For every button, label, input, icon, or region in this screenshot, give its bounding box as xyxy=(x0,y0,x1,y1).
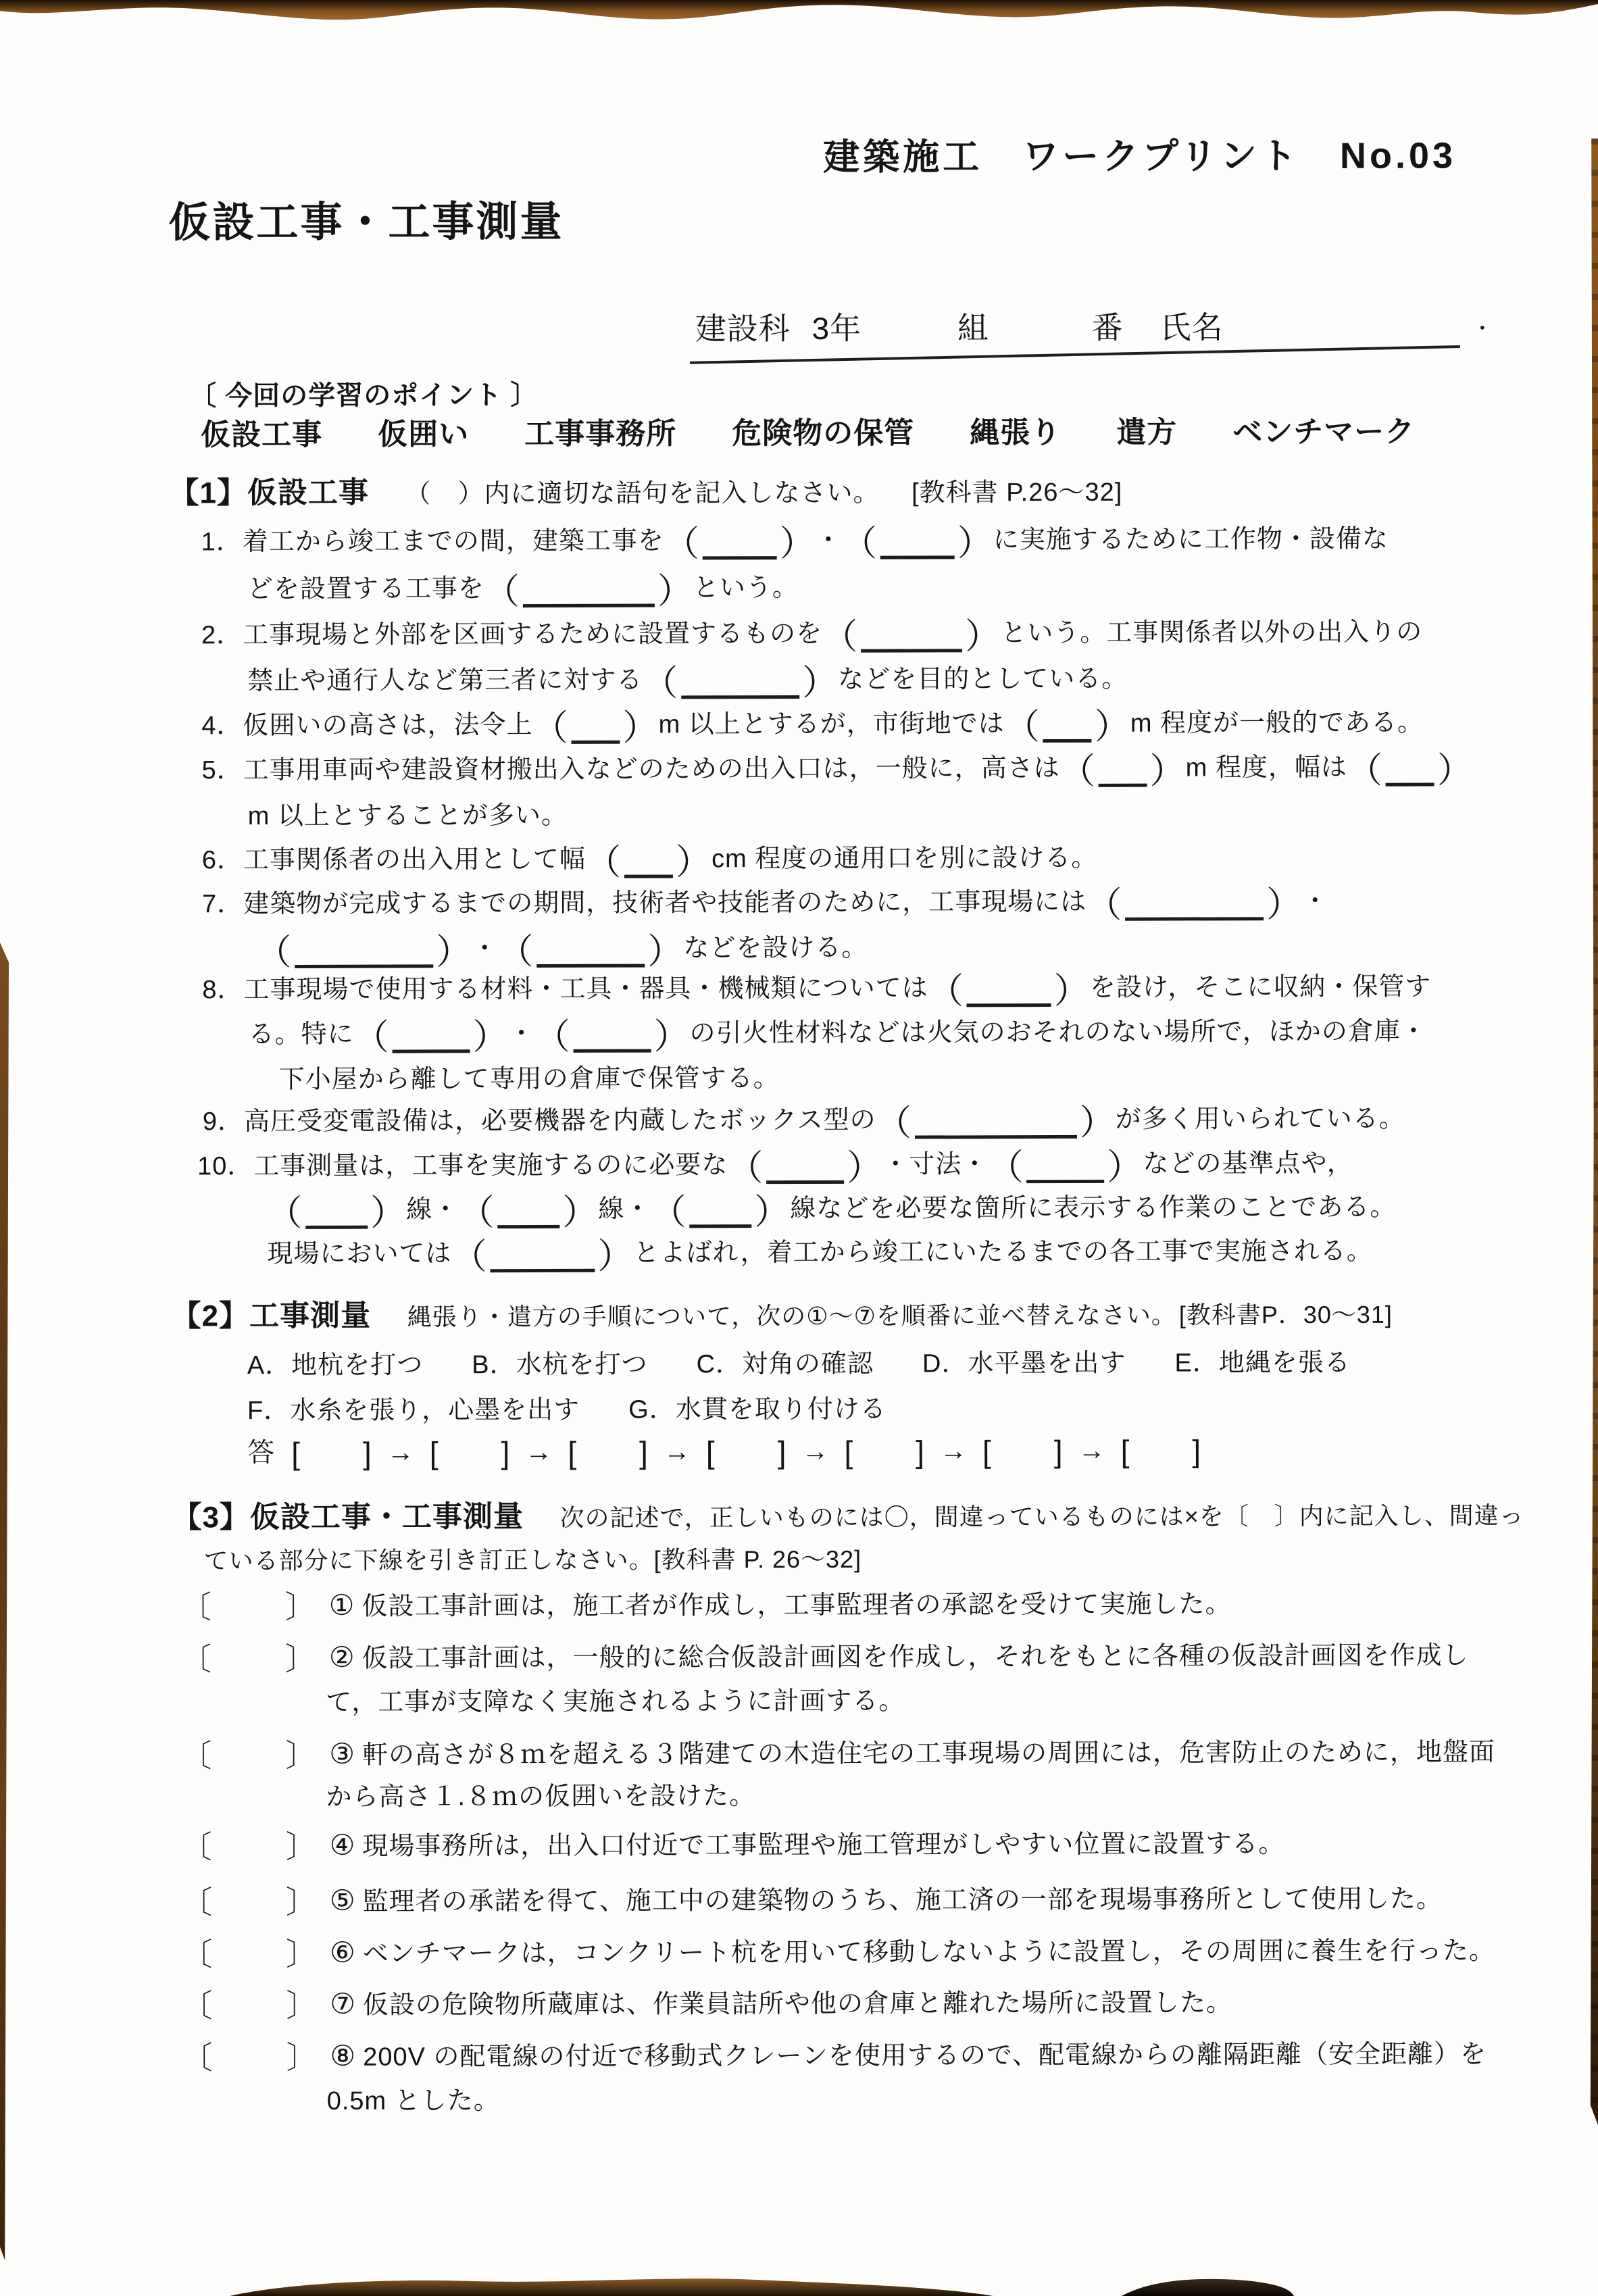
statement-number: ⑦ xyxy=(330,1988,356,2020)
paren-close: ） xyxy=(436,932,472,972)
statement-text: 監理者の承諾を得て、施工中の建築物のうち、施工済の一部を現場事務所として使用した… xyxy=(363,1885,1443,1916)
fill-blank: （） xyxy=(459,1191,598,1232)
answer-bracket-open: 〔 xyxy=(181,1885,213,1920)
option-item: E．地縄を張る xyxy=(1174,1344,1351,1382)
fill-blank: （） xyxy=(267,1191,406,1233)
arrow-icon: → xyxy=(940,1436,968,1466)
paren-close: ） xyxy=(562,1193,598,1232)
q-number: 7． xyxy=(202,890,243,918)
statement-5: 〔〕⑤監理者の承諾を得て、施工中の建築物のうち、施工済の一部を現場事務所として使… xyxy=(181,1879,1443,1922)
paren-close: ） xyxy=(1437,751,1473,790)
paren-open: （ xyxy=(532,709,568,748)
q7-line1: 7．建築物が完成するまでの期間，技術者や技能者のために，工事現場には（）・ xyxy=(202,882,1328,926)
section2-answer-row: 答[]→[]→[]→[]→[]→[]→[] xyxy=(247,1431,1201,1472)
section2-options-row2: F．水糸を張り，心墨を出す G．水貫を取り付ける xyxy=(247,1391,887,1430)
arrow-icon: → xyxy=(525,1437,553,1467)
arrow-icon: → xyxy=(387,1437,415,1467)
q-text: ・寸法・ xyxy=(882,1150,988,1178)
q-text: 仮囲いの高さは，法令上 xyxy=(243,711,532,740)
blank-line xyxy=(703,528,777,559)
q2-line1: 2．工事現場と外部を区画するために設置するものを（）という。工事関係者以外の出入… xyxy=(201,614,1422,658)
statement-8: 〔〕⑧200V の配電線の付近で移動式クレーンを使用するので、配電線からの離隔距… xyxy=(181,2034,1487,2076)
q-text: ・ xyxy=(472,934,498,963)
fill-blank: （） xyxy=(1347,748,1473,789)
q10-line2: （）線・（）線・（）線などを必要な箇所に表示する作業のことである。 xyxy=(267,1189,1396,1232)
q-text: 下小屋から離して専用の倉庫で保管する。 xyxy=(279,1064,780,1094)
blank-line xyxy=(305,1197,368,1229)
answer-bracket-open: [ xyxy=(706,1434,716,1470)
grade-label: 3年 xyxy=(812,311,862,346)
blank-line xyxy=(624,846,673,878)
answer-bracket-open: [ xyxy=(568,1435,577,1470)
section3-label: 【3】 xyxy=(172,1501,250,1534)
name-underline xyxy=(690,345,1460,364)
q-text: 工事現場で使用する材料・工具・器具・機械類については xyxy=(243,974,928,1004)
q-text: 工事測量は，工事を実施するのに必要な xyxy=(253,1151,728,1180)
q-text: に実施するために工作物・設備な xyxy=(993,525,1389,555)
paren-close: ） xyxy=(597,1237,633,1276)
q-text: m 程度が一般的である。 xyxy=(1130,709,1424,738)
class-label: 組 xyxy=(957,310,989,345)
q9-line1: 9．高圧受変電設備は，必要機器を内蔵したボックス型の（）が多く用いられている。 xyxy=(203,1100,1405,1145)
answer-bracket-open: [ xyxy=(291,1436,301,1471)
answer-bracket-close: ] xyxy=(1192,1433,1201,1468)
paren-close: ） xyxy=(802,664,838,703)
q-text: m 以上とすることが多い。 xyxy=(248,801,568,830)
answer-bracket-close: 〕 xyxy=(286,2040,318,2075)
paren-open: （ xyxy=(267,1194,303,1233)
answer-bracket-close: 〕 xyxy=(285,1738,317,1773)
blank-line xyxy=(689,1196,751,1228)
q-text: を設け，そこに収納・保管す xyxy=(1090,973,1432,1002)
statement-number: ⑤ xyxy=(330,1885,356,1916)
q-number: 6． xyxy=(202,846,243,874)
fill-blank: （） xyxy=(1060,749,1186,791)
answer-bracket-close: 〕 xyxy=(286,1829,318,1864)
q5-line1: 5．工事用車両や建設資材搬出入などのための出入口は，一般に，高さは（）m 程度，… xyxy=(201,748,1473,793)
fill-blank: （） xyxy=(1087,882,1302,924)
paren-close: ） xyxy=(965,617,1001,656)
points-keywords: 仮設工事 仮囲い 工事事務所 危険物の保管 縄張り 遣方 ベンチマーク xyxy=(201,414,1415,455)
paren-close: ） xyxy=(647,932,683,971)
q-text: などを設ける。 xyxy=(683,934,868,963)
statement-3-line2: から高さ１.８ｍの仮囲いを設けた。 xyxy=(326,1777,755,1816)
fill-blank: （） xyxy=(728,1146,882,1188)
fill-blank: （） xyxy=(643,661,838,703)
q2-line2: 禁止や通行人など第三者に対する（）などを目的としている。 xyxy=(247,660,1128,703)
section3-header: 【3】仮設工事・工事測量 次の記述で，正しいものには〇，間違っているものには×を… xyxy=(172,1495,1524,1538)
statement-number: ② xyxy=(329,1641,355,1673)
q-text: が多く用いられている。 xyxy=(1116,1105,1405,1134)
statement-2: 〔〕②仮設工事計画は，一般的に総合仮設計画図を作成し，それをもとに各種の仮設計画… xyxy=(180,1635,1469,1678)
blank-line xyxy=(766,1152,844,1184)
keyword: 遣方 xyxy=(1116,414,1177,452)
blank-line xyxy=(1099,755,1147,787)
answer-bracket-close: 〕 xyxy=(286,1885,318,1920)
answer-label: 答 xyxy=(247,1438,275,1468)
paren-open: （ xyxy=(1347,751,1383,791)
option-item: G．水貫を取り付ける xyxy=(628,1391,887,1429)
paren-open: （ xyxy=(1060,752,1096,791)
section1-reference: [教科書 P.26〜32] xyxy=(912,478,1122,507)
fill-blank: （） xyxy=(664,522,816,564)
blank-line xyxy=(967,975,1051,1007)
blank-line xyxy=(880,527,955,559)
statement-1: 〔〕①仮設工事計画は，施工者が作成し，工事監理者の承認を受けて実施した。 xyxy=(180,1584,1232,1626)
paren-open: （ xyxy=(498,932,534,972)
fill-blank: （） xyxy=(842,521,993,563)
fill-blank: （） xyxy=(586,840,711,881)
paren-close: ） xyxy=(1150,752,1186,791)
fill-blank: （） xyxy=(353,1015,508,1057)
section3-title: 仮設工事・工事測量 xyxy=(250,1500,524,1534)
section1-title: 仮設工事 xyxy=(247,476,369,509)
section2-header: 【2】工事測量 縄張り・遣方の手順について，次の①〜⑦を順番に並べ替えなさい。[… xyxy=(172,1295,1393,1337)
section2-label: 【2】 xyxy=(172,1299,250,1332)
statement-text: 軒の高さが８ｍを超える３階建ての木造住宅の工事現場の周囲には，危害防止のために，… xyxy=(362,1738,1495,1769)
worksheet-title: 仮設工事・工事測量 xyxy=(168,203,564,243)
section2-options-row1: A．地杭を打つ B．水杭を打つ C．対角の確認 D．水平墨を出す E．地縄を張る xyxy=(247,1344,1351,1384)
paren-open: （ xyxy=(256,933,292,972)
q-text: どを設置する工事を xyxy=(247,574,484,603)
answer-bracket-open: 〔 xyxy=(181,1829,213,1864)
blank-line xyxy=(295,936,433,968)
paren-close: ） xyxy=(654,1017,690,1056)
fill-blank: （） xyxy=(988,1145,1143,1187)
q-text: m 程度，幅は xyxy=(1186,753,1347,782)
paren-open: （ xyxy=(1087,886,1122,925)
answer-bracket-open: [ xyxy=(982,1434,992,1469)
paren-open: （ xyxy=(876,1104,912,1143)
paren-close: ） xyxy=(473,1018,509,1057)
paren-close: ） xyxy=(1054,972,1090,1011)
q1-line2: どを設置する工事を（）という。 xyxy=(247,569,799,612)
paren-open: （ xyxy=(451,1237,487,1276)
paren-close: ） xyxy=(657,572,693,611)
fill-blank: （） xyxy=(484,569,693,611)
section3-instruction-1: 次の記述で，正しいものには〇，間違っているものには×を〔 〕内に記入し、間違っ xyxy=(559,1501,1524,1532)
fill-blank: （） xyxy=(651,1190,790,1232)
q-text: の引火性材料などは火気のおそれのない場所で，ほかの倉庫・ xyxy=(690,1018,1427,1048)
q-text: 工事関係者の出入用として幅 xyxy=(243,845,586,874)
statement-number: ⑧ xyxy=(330,2040,356,2072)
points-heading: 〔 今回の学習のポイント 〕 xyxy=(189,376,538,415)
fill-blank: （） xyxy=(876,1101,1116,1143)
answer-bracket-open: 〔 xyxy=(181,1988,213,2023)
answer-bracket-close: ] xyxy=(916,1434,925,1470)
paren-close: ） xyxy=(1107,1148,1143,1187)
statement-4: 〔〕④現場事務所は，出入口付近で工事監理や施工管理がしやすい位置に設置する。 xyxy=(181,1824,1285,1866)
statement-number: ④ xyxy=(330,1829,356,1861)
q-text: という。 xyxy=(693,574,799,602)
paren-close: ） xyxy=(957,524,993,563)
q-text: ・ xyxy=(509,1020,535,1048)
statement-number: ① xyxy=(329,1589,355,1621)
option-item: A．地杭を打つ xyxy=(247,1346,424,1384)
q-text: という。工事関係者以外の出入りの xyxy=(1001,618,1422,648)
section2-instruction: 縄張り・遣方の手順について，次の①〜⑦を順番に並べ替えなさい。 xyxy=(407,1301,1176,1331)
fill-blank: （） xyxy=(498,929,683,971)
q5-line2: m 以上とすることが多い。 xyxy=(248,797,568,835)
paren-close: ） xyxy=(370,1194,406,1233)
statement-2-line2: て，工事が支障なく実施されるように計画する。 xyxy=(326,1682,905,1722)
answer-bracket-close: 〕 xyxy=(286,1937,318,1972)
q-text: 建築物が完成するまでの期間，技術者や技能者のために，工事現場には xyxy=(243,888,1087,918)
answer-bracket-close: ] xyxy=(639,1435,649,1470)
worksheet-page: 建築施工 ワークプリント No.03 仮設工事・工事測量 建設科 3年 組 番 … xyxy=(0,0,1598,2296)
blank-line xyxy=(1026,1151,1104,1183)
q-text: m 以上とするが，市街地では xyxy=(658,709,1004,739)
keyword: 仮囲い xyxy=(378,416,469,453)
q-text: 工事用車両や建設資材搬出入などのための出入口は，一般に，高さは xyxy=(243,754,1060,784)
name-row: 建設科 3年 組 番 氏名 xyxy=(695,308,1224,347)
q8-line2: る。特に（）・（）の引火性材料などは火気のおそれのない場所で，ほかの倉庫・ xyxy=(248,1013,1426,1057)
paren-close: ） xyxy=(622,709,658,748)
blank-line xyxy=(1043,711,1092,743)
section3-instruction-2: ている部分に下線を引き訂正しなさい。[教科書 P. 26〜32] xyxy=(204,1541,862,1580)
statement-number: ③ xyxy=(329,1738,355,1770)
fill-blank: （） xyxy=(451,1234,633,1276)
answer-bracket-close: ] xyxy=(501,1435,510,1470)
blank-line xyxy=(915,1107,1077,1139)
name-label: 氏名 xyxy=(1159,309,1223,345)
option-item: B．水杭を打つ xyxy=(472,1346,648,1384)
statement-8-line2: 0.5m とした。 xyxy=(327,2082,500,2120)
paren-open: （ xyxy=(664,524,700,564)
keyword: 工事事務所 xyxy=(524,415,676,453)
blank-line xyxy=(574,1021,651,1053)
blank-line xyxy=(536,936,645,968)
blank-line xyxy=(523,576,655,608)
keyword: 危険物の保管 xyxy=(732,415,914,453)
statement-6: 〔〕⑥ベンチマークは，コンクリート杭を用いて移動しないように設置し，その周囲に養… xyxy=(181,1930,1495,1973)
statement-text: 現場事務所は，出入口付近で工事監理や施工管理がしやすい位置に設置する。 xyxy=(362,1830,1284,1861)
answer-bracket-open: 〔 xyxy=(181,2040,213,2075)
q-text: 高圧受変電設備は，必要機器を内蔵したボックス型の xyxy=(244,1106,876,1136)
q4-line1: 4．仮囲いの高さは，法令上（）m 以上とするが，市街地では（）m 程度が一般的で… xyxy=(201,704,1424,749)
q-number: 5． xyxy=(201,756,243,784)
paren-close: ） xyxy=(1266,885,1302,924)
blank-line xyxy=(681,667,799,699)
q-text: cm 程度の通用口を別に設ける。 xyxy=(711,844,1097,873)
fill-blank: （） xyxy=(256,930,472,972)
fill-blank: （） xyxy=(822,614,1001,656)
fill-blank: （） xyxy=(928,969,1090,1011)
stray-dot: ・ xyxy=(1472,310,1493,348)
keyword: 仮設工事 xyxy=(201,416,322,454)
q10-line3: 現場においては（）とよばれ，着工から竣工にいたるまでの各工事で実施される。 xyxy=(267,1232,1372,1276)
q-text: る。特に xyxy=(249,1020,354,1049)
q-text: 線・ xyxy=(406,1195,459,1224)
q10-line1: 10．工事測量は，工事を実施するのに必要な（）・寸法・（）などの基準点や， xyxy=(197,1145,1353,1189)
paren-open: （ xyxy=(643,664,678,703)
paren-open: （ xyxy=(988,1148,1024,1187)
paren-open: （ xyxy=(1005,707,1041,747)
statement-number: ⑥ xyxy=(330,1937,356,1968)
blank-line xyxy=(1386,755,1434,787)
q-text: 線などを必要な箇所に表示する作業のことである。 xyxy=(790,1193,1396,1223)
keyword: 縄張り xyxy=(970,414,1061,452)
arrow-icon: → xyxy=(1078,1436,1105,1466)
answer-bracket-open: [ xyxy=(1120,1434,1130,1469)
statement-3: 〔〕③軒の高さが８ｍを超える３階建ての木造住宅の工事現場の周囲には，危害防止のた… xyxy=(180,1732,1495,1774)
paren-close: ） xyxy=(1080,1103,1116,1143)
option-item: C．対角の確認 xyxy=(696,1345,874,1384)
q-text: 現場においては xyxy=(267,1239,451,1268)
paren-close: ） xyxy=(754,1193,790,1232)
q8-line3: 下小屋から離して専用の倉庫で保管する。 xyxy=(279,1059,780,1099)
scan-edge-bottom xyxy=(0,2249,1598,2296)
arrow-icon: → xyxy=(801,1437,829,1466)
q6-line1: 6．工事関係者の出入用として幅（）cm 程度の通用口を別に設ける。 xyxy=(202,839,1098,882)
answer-bracket-close: 〕 xyxy=(286,1988,318,2023)
q-text: 着工から竣工までの間，建築工事を xyxy=(243,527,664,557)
q-number: 4． xyxy=(201,712,243,740)
paren-close: ） xyxy=(676,843,711,882)
blank-line xyxy=(490,1241,595,1272)
blank-line xyxy=(497,1197,559,1228)
q-number: 10． xyxy=(197,1152,253,1180)
blank-line xyxy=(861,620,962,652)
q-text: 線・ xyxy=(598,1195,651,1224)
paren-open: （ xyxy=(842,524,878,564)
statement-7: 〔〕⑦仮設の危険物所蔵庫は、作業員詰所や他の倉庫と離れた場所に設置した。 xyxy=(181,1982,1232,2024)
answer-bracket-close: ] xyxy=(363,1436,372,1471)
paren-open: （ xyxy=(459,1193,495,1232)
paren-open: （ xyxy=(728,1149,764,1188)
blank-line xyxy=(1125,889,1264,921)
arrow-icon: → xyxy=(664,1437,691,1466)
paren-open: （ xyxy=(535,1018,571,1057)
paren-open: （ xyxy=(354,1018,390,1057)
q-text: ・ xyxy=(816,526,842,555)
q-text: 禁止や通行人など第三者に対する xyxy=(247,666,643,696)
answer-bracket-close: ] xyxy=(778,1434,787,1470)
answer-bracket-open: 〔 xyxy=(181,1937,213,1972)
dept-label: 建設科 xyxy=(695,311,791,346)
answer-bracket-open: [ xyxy=(844,1434,853,1470)
fill-blank: （） xyxy=(532,706,658,747)
fill-blank: （） xyxy=(1005,705,1130,746)
section2-reference: [教科書P．30〜31] xyxy=(1179,1301,1393,1329)
statement-text: 仮設工事計画は，施工者が作成し，工事監理者の承認を受けて実施した。 xyxy=(361,1590,1231,1620)
answer-bracket-open: 〔 xyxy=(180,1738,212,1773)
q-text: ・ xyxy=(1302,887,1328,916)
answer-bracket-open: 〔 xyxy=(180,1641,212,1676)
paren-close: ） xyxy=(780,524,816,564)
paren-open: （ xyxy=(822,618,858,657)
scan-edge-top xyxy=(0,0,1598,27)
answer-bracket-close: ] xyxy=(1054,1434,1064,1469)
answer-bracket-open: 〔 xyxy=(180,1589,212,1624)
statement-text: 仮設の危険物所蔵庫は、作業員詰所や他の倉庫と離れた場所に設置した。 xyxy=(363,1989,1232,2019)
answer-bracket-open: [ xyxy=(430,1435,439,1470)
q-number: 1． xyxy=(201,528,243,556)
number-label: 番 xyxy=(1092,310,1124,345)
paren-open: （ xyxy=(651,1193,686,1232)
paren-open: （ xyxy=(484,572,520,612)
answer-bracket-close: 〕 xyxy=(285,1641,317,1676)
blank-line xyxy=(571,712,620,744)
page-header: 建築施工 ワークプリント No.03 xyxy=(823,136,1456,176)
q8-line1: 8．工事現場で使用する材料・工具・器具・機械類については（）を設け，そこに収納・… xyxy=(202,968,1431,1013)
section1-header: 【1】仮設工事 （ ）内に適切な語句を記入しなさい。 [教科書 P.26〜32] xyxy=(169,472,1122,514)
section2-title: 工事測量 xyxy=(249,1299,371,1332)
q-text: などを目的としている。 xyxy=(838,665,1128,694)
option-item: D．水平墨を出す xyxy=(922,1345,1126,1383)
q-text: 工事現場と外部を区画するために設置するものを xyxy=(243,620,822,649)
statement-text: 仮設工事計画は，一般的に総合仮設計画図を作成し，それをもとに各種の仮設計画図を作… xyxy=(362,1641,1469,1672)
paren-close: ） xyxy=(1095,707,1130,747)
keyword: ベンチマーク xyxy=(1232,414,1415,452)
q-number: 8． xyxy=(202,976,243,1004)
q-number: 9． xyxy=(203,1107,244,1136)
statement-text: 200V の配電線の付近で移動式クレーンを使用するので、配電線からの離隔距離（安… xyxy=(363,2040,1487,2071)
paren-close: ） xyxy=(847,1149,882,1188)
q-number: 2． xyxy=(201,621,243,649)
paren-open: （ xyxy=(928,972,964,1011)
q-text: とよばれ，着工から竣工にいたるまでの各工事で実施される。 xyxy=(633,1237,1372,1268)
section1-instruction: （ ）内に適切な語句を記入しなさい。 xyxy=(405,479,879,509)
option-item: F．水糸を張り，心墨を出す xyxy=(247,1391,580,1430)
paren-open: （ xyxy=(586,843,622,882)
answer-bracket-close: 〕 xyxy=(285,1589,317,1624)
q-text: などの基準点や， xyxy=(1143,1149,1353,1178)
q1-line1: 1．着工から竣工までの間，建築工事を（）・（）に実施するために工作物・設備な xyxy=(201,520,1389,565)
fill-blank: （） xyxy=(535,1014,690,1056)
statement-text: ベンチマークは，コンクリート杭を用いて移動しないように設置し，その周囲に養生を行… xyxy=(363,1937,1495,1968)
blank-line xyxy=(393,1021,470,1053)
q7-line2: （）・（）などを設ける。 xyxy=(256,929,868,972)
section1-label: 【1】 xyxy=(169,476,247,509)
